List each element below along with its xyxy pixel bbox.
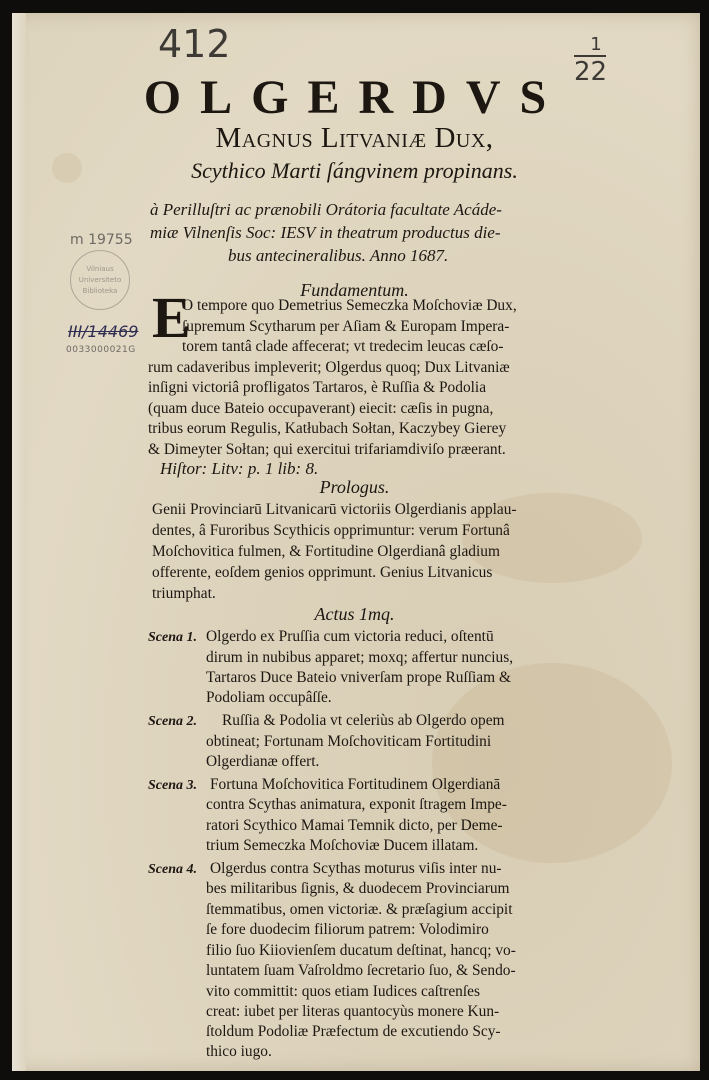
scene-line: ratori Scythico Mamai Temnik dicto, per … <box>206 816 503 837</box>
body-line: tribus eorum Regulis, Katłubach Sołtan, … <box>148 419 506 440</box>
scene-line: ſtemmatibus, omen victoriæ. & præſagium … <box>206 900 512 921</box>
scene-line: thico iugo. <box>206 1042 272 1063</box>
handwritten-page-number: 412 <box>158 22 231 66</box>
scene-line: bes militaribus ſignis, & duodecem Provi… <box>206 879 510 900</box>
scene-line: Podoliam occupâſſe. <box>206 688 332 709</box>
intro-line: à Perilluſtri ac prænobili Orátoria facu… <box>150 198 502 221</box>
body-line: Genii Provinciarū Litvanicarū victoriis … <box>152 500 517 521</box>
scene-line: Fortuna Moſchovitica Fortitudinem Olgerd… <box>210 775 500 796</box>
scene-line: luntatem ſuam Vaſroldmo ſecretario ſuo, … <box>206 961 516 982</box>
body-line: & Dimeyter Sołtan; qui exercitui trifari… <box>148 440 506 461</box>
scene-line: obtineat; Fortunam Moſchoviticam Fortitu… <box>206 732 491 753</box>
scene-line: Olgerdus contra Scythas moturus viſis in… <box>210 859 502 880</box>
section-heading-prologus: Prologus. <box>0 477 709 498</box>
body-line: triumphat. <box>152 584 216 605</box>
scene-line: Olgerdianæ offert. <box>206 752 319 773</box>
section-heading-actus: Actus 1mq. <box>0 604 709 625</box>
scene-label: Scena 2. <box>148 714 197 730</box>
body-line: rum cadaveribus impleverit; Olgerdus quo… <box>148 358 510 379</box>
struck-inventory-number: III/14469 <box>68 322 138 341</box>
scene-line: ſtoldum Podoliæ Præfectum de excutiendo … <box>206 1022 501 1043</box>
scene-line: dirum in nubibus apparet; moxq; affertur… <box>206 648 513 669</box>
scene-label: Scena 4. <box>148 862 197 878</box>
scene-label: Scena 1. <box>148 630 197 646</box>
document-subtitle: Magnus Litvaniæ Dux, <box>0 122 709 155</box>
body-line: ſupremum Scytharum per Aſiam & Europam I… <box>182 317 509 338</box>
intro-line: bus antecineralibus. Anno 1687. <box>228 244 448 267</box>
body-line: O tempore quo Demetrius Semeczka Moſchov… <box>182 296 517 317</box>
body-line: (quam duce Bateio occupaverant) eiecit: … <box>148 399 493 420</box>
body-line: inſigni victoriâ profligatos Tartaros, è… <box>148 378 486 399</box>
scene-line: trium Semeczka Moſchoviæ Ducem illatam. <box>206 836 478 857</box>
intro-line: miæ Vilnenſis Soc: IESV in theatrum prod… <box>150 221 501 244</box>
barcode-number: 0033000021G <box>66 345 136 355</box>
scene-line: creat: iubet per literas quantocyùs mone… <box>206 1002 499 1023</box>
body-line: torem tantâ clade affecerat; vt tredecim… <box>182 337 503 358</box>
scene-line: Tartaros Duce Bateio vniverſam prope Ruſ… <box>206 668 511 689</box>
fraction-numerator: 1 <box>581 34 611 55</box>
document-tagline: Scythico Marti ſángvinem propinans. <box>0 158 709 184</box>
document-title: OLGERDVS <box>0 70 709 125</box>
scene-line: filio ſuo Kiiovienſem ducatum deſtinat, … <box>206 941 516 962</box>
body-line: Moſchovitica fulmen, & Fortitudine Olger… <box>152 542 500 563</box>
body-line: offerente, eoſdem genios opprimunt. Geni… <box>152 563 492 584</box>
citation: Hiſtor: Litv: p. 1 lib: 8. <box>160 459 318 479</box>
scene-line: ſe fore duodecim filiorum patrem: Volodi… <box>206 920 489 941</box>
scene-label: Scena 3. <box>148 778 197 794</box>
body-line: dentes, â Furoribus Scythicis opprimuntu… <box>152 521 510 542</box>
scene-line: contra Scythas animatura, exponit ſtrage… <box>206 795 507 816</box>
scene-line: Ruſſia & Podolia vt celeriùs ab Olgerdo … <box>222 711 505 732</box>
scene-line: vito committit: quos etiam Iudices caſtr… <box>206 982 480 1003</box>
stamp-line: Vilniaus <box>71 264 129 275</box>
scene-line: Olgerdo ex Pruſſia cum victoria reduci, … <box>206 627 494 648</box>
shelf-mark: m 19755 <box>70 232 133 248</box>
